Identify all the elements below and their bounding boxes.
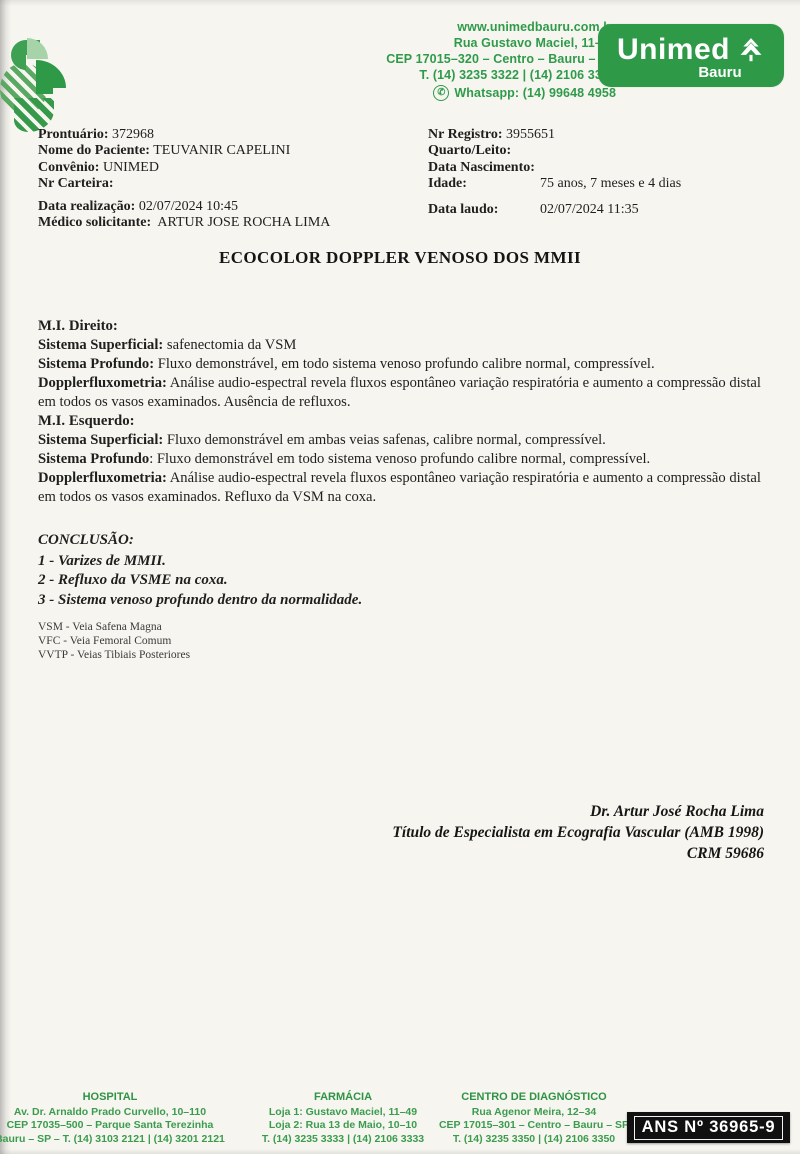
address-text: Rua Gustavo Maciel, 11–30 — [386, 35, 616, 51]
ans-registry-badge: ANS Nº 36965-9 — [627, 1112, 790, 1143]
footer-line: T. (14) 3235 3333 | (14) 2106 3333 — [244, 1133, 442, 1147]
footer-farmacia-heading: FARMÁCIA — [244, 1091, 442, 1105]
patient-row: Nr Registro: 3955651 — [428, 127, 778, 143]
conclusion-block: CONCLUSÃO: 1 - Varizes de MMII. 2 - Refl… — [38, 531, 771, 662]
paragraph-doppler-direito: Dopplerfluxometria: Análise audio-espect… — [38, 374, 771, 412]
legend-item: VFC - Veia Femoral Comum — [38, 635, 771, 649]
patient-info-left: Prontuário: 372968 Nome do Paciente: TEU… — [38, 127, 423, 231]
unimed-pine-tree-icon — [737, 36, 765, 64]
patient-row: Data realização: 02/07/2024 10:45 — [38, 199, 423, 215]
scan-edge-shadow-bottom — [0, 1149, 800, 1154]
logo-brand-text: Unimed — [617, 33, 730, 67]
whatsapp-text: Whatsapp: (14) 99648 4958 — [454, 85, 616, 101]
ans-registry-number: ANS Nº 36965-9 — [634, 1116, 784, 1140]
paragraph-profundo-esquerdo: Sistema Profundo: Fluxo demonstrável em … — [38, 450, 771, 469]
conclusion-item: 3 - Sistema venoso profundo dentro da no… — [38, 591, 771, 611]
footer-centro-diagnostico-block: CENTRO DE DIAGNÓSTICO Rua Agenor Meira, … — [420, 1091, 648, 1146]
abbreviation-legend: VSM - Veia Safena Magna VFC - Veia Femor… — [38, 621, 771, 662]
patient-row: Idade:75 anos, 7 meses e 4 dias — [428, 176, 778, 192]
footer-centro-heading: CENTRO DE DIAGNÓSTICO — [420, 1091, 648, 1105]
physician-signature-block: Dr. Artur José Rocha Lima Título de Espe… — [392, 801, 764, 864]
report-title: ECOCOLOR DOPPLER VENOSO DOS MMII — [0, 248, 800, 268]
legend-item: VSM - Veia Safena Magna — [38, 621, 771, 635]
unimed-logo: Unimed Bauru — [598, 24, 784, 87]
unimed-corner-pattern-icon — [0, 16, 78, 124]
conclusion-heading: CONCLUSÃO: — [38, 531, 771, 551]
whatsapp-row: ✆ Whatsapp: (14) 99648 4958 — [386, 85, 616, 101]
footer-hospital-block: HOSPITAL Av. Dr. Arnaldo Prado Curvello,… — [0, 1091, 236, 1146]
logo-unit-text: Bauru — [698, 64, 741, 81]
corner-light-arc — [27, 38, 48, 59]
footer-hospital-heading: HOSPITAL — [0, 1091, 236, 1105]
paragraph-superficial-esquerdo: Sistema Superficial: Fluxo demonstrável … — [38, 431, 771, 450]
paragraph-doppler-esquerdo: Dopplerfluxometria: Análise audio-espect… — [38, 469, 771, 507]
paragraph-profundo-direito: Sistema Profundo: Fluxo demonstrável, em… — [38, 355, 771, 374]
conclusion-item: 2 - Refluxo da VSME na coxa. — [38, 571, 771, 591]
footer-line: CEP 17015–301 – Centro – Bauru – SP — [420, 1119, 648, 1133]
conclusion-item: 1 - Varizes de MMII. — [38, 552, 771, 572]
phones-text: T. (14) 3235 3322 | (14) 2106 3322 — [386, 67, 616, 83]
footer-line: Bauru – SP – T. (14) 3103 2121 | (14) 32… — [0, 1133, 236, 1147]
header-contact-block: www.unimedbauru.com.br Rua Gustavo Macie… — [386, 19, 616, 101]
footer-line: T. (14) 3235 3350 | (14) 2106 3350 — [420, 1133, 648, 1147]
footer-farmacia-block: FARMÁCIA Loja 1: Gustavo Maciel, 11–49 L… — [244, 1091, 442, 1146]
footer-line: Loja 2: Rua 13 de Maio, 10–10 — [244, 1119, 442, 1133]
patient-row: Médico solicitante: ARTUR JOSE ROCHA LIM… — [38, 215, 423, 231]
physician-crm: CRM 59686 — [392, 843, 764, 864]
footer-line: Rua Agenor Meira, 12–34 — [420, 1106, 648, 1120]
patient-info-right: Nr Registro: 3955651 Quarto/Leito: Data … — [428, 127, 778, 218]
patient-row: Data Nascimento: — [428, 160, 778, 176]
logo-row: Unimed — [617, 33, 765, 67]
physician-name: Dr. Artur José Rocha Lima — [392, 801, 764, 822]
section-heading-mi-direito: M.I. Direito: — [38, 317, 771, 336]
paragraph-superficial-direito: Sistema Superficial: safenectomia da VSM — [38, 336, 771, 355]
footer-line: Loja 1: Gustavo Maciel, 11–49 — [244, 1106, 442, 1120]
patient-row: Data laudo:02/07/2024 11:35 — [428, 202, 778, 218]
patient-row: Nr Carteira: — [38, 176, 423, 192]
report-body: M.I. Direito: Sistema Superficial: safen… — [38, 317, 771, 662]
section-heading-mi-esquerdo: M.I. Esquerdo: — [38, 412, 771, 431]
website-text: www.unimedbauru.com.br — [386, 19, 616, 35]
scan-edge-shadow-top — [0, 0, 800, 6]
physician-title: Título de Especialista em Ecografia Vasc… — [392, 822, 764, 843]
legend-item: VVTP - Veias Tibiais Posteriores — [38, 649, 771, 663]
scan-edge-shadow-left — [0, 0, 11, 1154]
footer-line: CEP 17035–500 – Parque Santa Terezinha — [0, 1119, 236, 1133]
footer-line: Av. Dr. Arnaldo Prado Curvello, 10–110 — [0, 1106, 236, 1120]
whatsapp-phone-circle-icon: ✆ — [433, 85, 449, 101]
patient-row: Quarto/Leito: — [428, 143, 778, 159]
patient-row: Nome do Paciente: TEUVANIR CAPELINI — [38, 143, 423, 159]
corner-fan-base — [36, 78, 53, 94]
cep-text: CEP 17015–320 – Centro – Bauru – SP — [386, 51, 616, 67]
patient-row: Convênio: UNIMED — [38, 160, 423, 176]
patient-row: Prontuário: 372968 — [38, 127, 423, 143]
